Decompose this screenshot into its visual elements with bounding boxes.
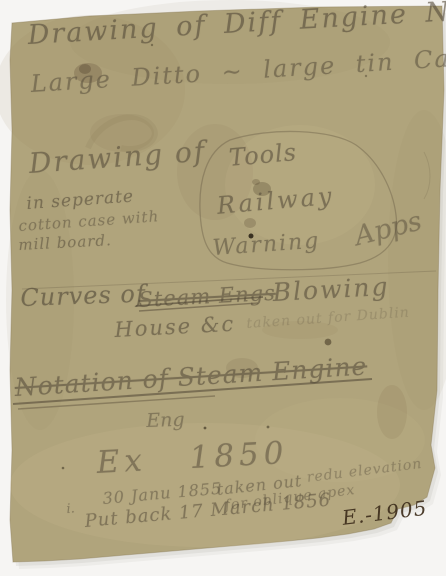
stain-railway-left [244,218,256,228]
speck-2 [267,426,270,429]
stain-dot-house-line [325,339,332,346]
circled-item-tools: Tools [228,140,298,170]
speck-3 [62,467,65,470]
speck-1 [204,427,207,430]
date-note-tick-mark: i. [66,502,75,516]
word-eng: Eng [146,411,185,431]
photograph-of-manuscript: Drawing of Diff Engine Nº 1 Large Ditto … [0,0,446,576]
stain-tools-left-2 [252,179,260,185]
stain-right-patch [377,385,407,439]
curves-line-suffix-blowing: Blowing [272,274,390,305]
curves-line-prefix: Curves of [20,282,146,310]
speck-4 [151,44,153,46]
